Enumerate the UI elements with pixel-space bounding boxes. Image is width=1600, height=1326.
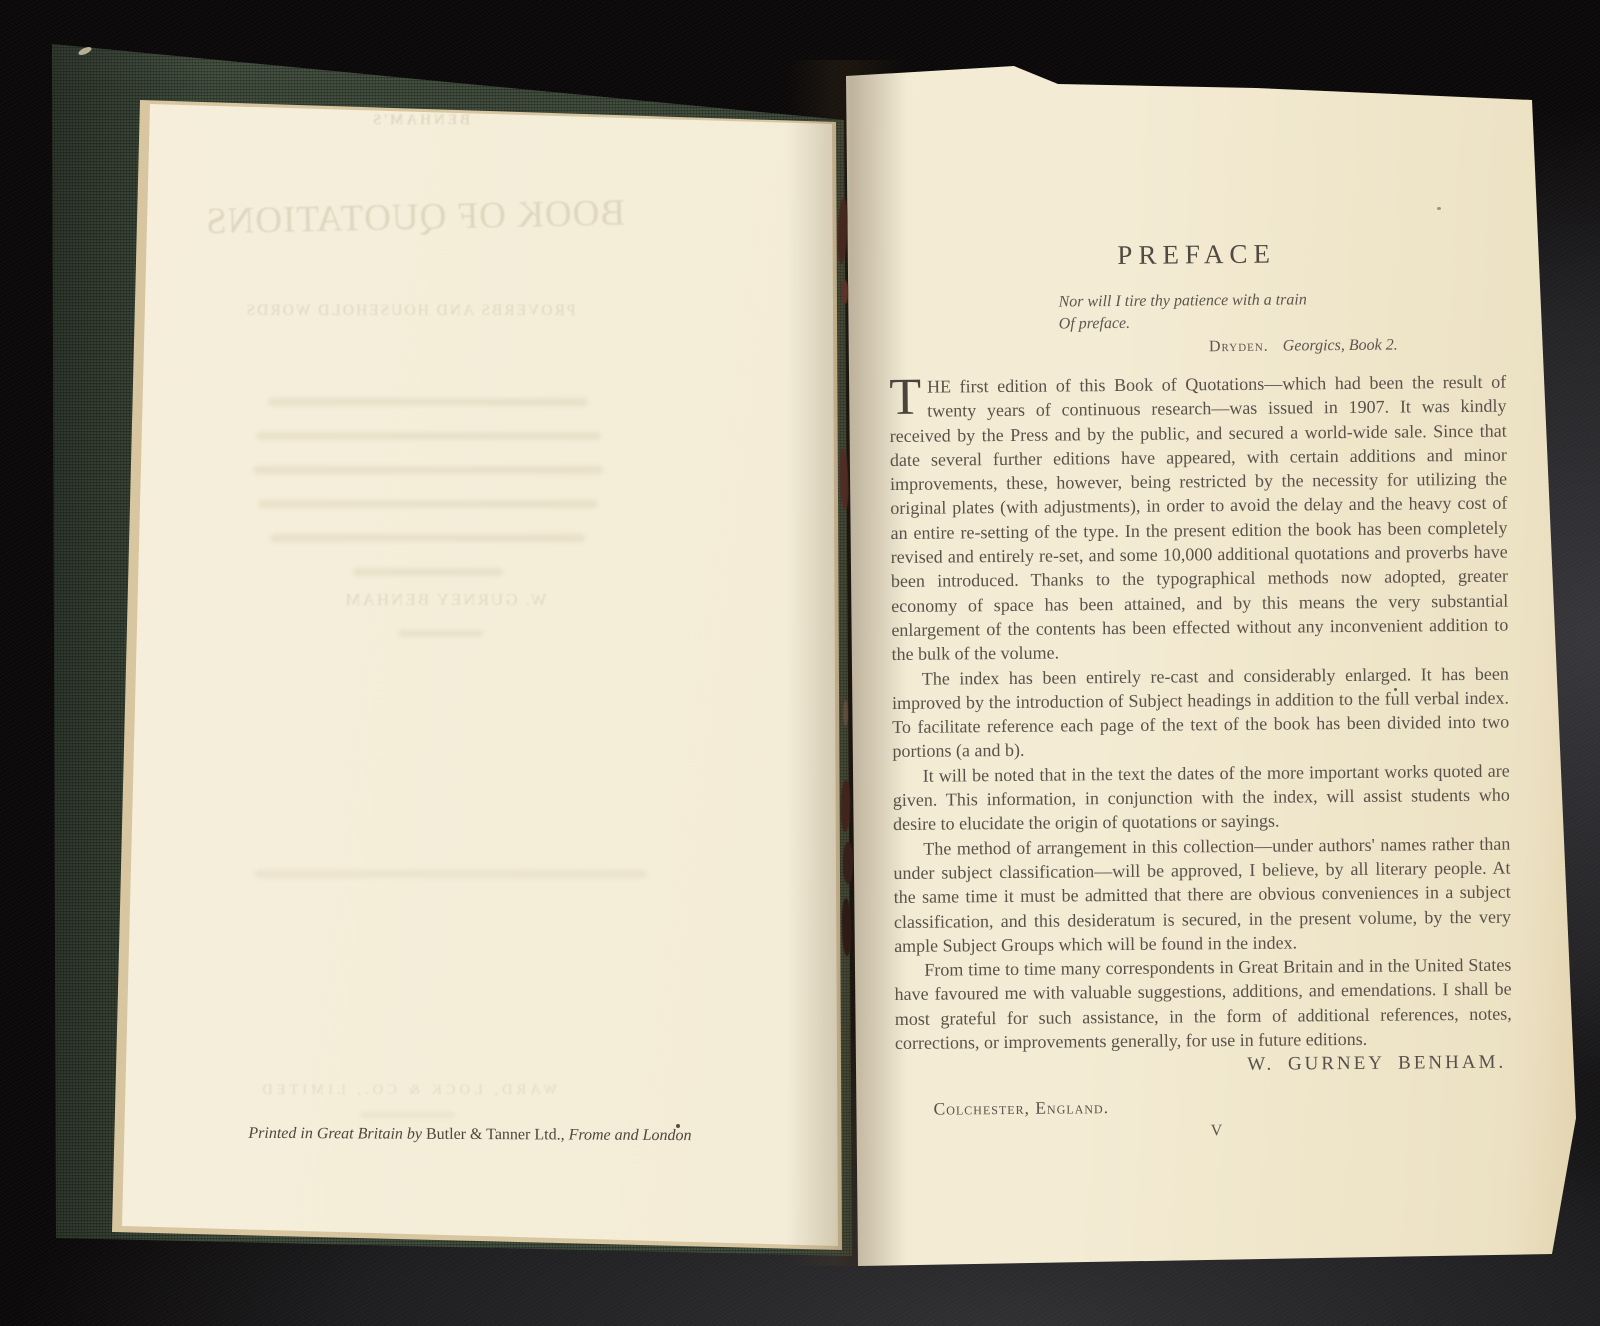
- paragraph-1-text: HE first edition of this Book of Quotati…: [890, 372, 1509, 665]
- book-photo: BENHAM'S BOOK OF QUOTATIONS PROVERBS AND…: [0, 0, 1600, 1326]
- paragraph-3: It will be noted that in the text the da…: [893, 758, 1511, 836]
- ghost-blurb-line: [256, 432, 601, 440]
- ghost-blurb-line: [270, 534, 585, 542]
- gutter-shadow: [786, 60, 908, 1266]
- ghost-series-title: BENHAM'S: [280, 112, 560, 129]
- paper-speck: [1437, 207, 1441, 210]
- ghost-author-subline: [398, 630, 483, 637]
- paper-speck: [1394, 688, 1397, 691]
- place-line: Colchester, England.: [933, 1097, 1109, 1120]
- imprint-italic-lead: Printed in Great Britain by: [248, 1125, 426, 1143]
- page-number: V: [1211, 1122, 1223, 1140]
- page-footer: Colchester, England. V: [895, 1094, 1512, 1145]
- ghost-publisher: WARD, LOCK & CO., LIMITED: [230, 1082, 585, 1099]
- printer-imprint: Printed in Great Britain by Butler & Tan…: [245, 1125, 695, 1145]
- preface-text-block: PREFACE Nor will I tire thy patience wit…: [888, 237, 1513, 1146]
- torn-page-stub: [843, 700, 848, 726]
- epigraph-work: Georgics, Book 2.: [1283, 337, 1398, 355]
- paragraph-1: THE first edition of this Book of Quotat…: [889, 370, 1509, 667]
- ghost-author: W. GURNEY BENHAM: [320, 590, 570, 610]
- drop-cap: T: [889, 375, 927, 419]
- ghost-blurb-line: [353, 568, 503, 576]
- torn-page-stub: [841, 280, 848, 304]
- epigraph: Nor will I tire thy patience with a trai…: [1058, 288, 1505, 336]
- author-signature: W. GURNEY BENHAM.: [895, 1052, 1512, 1079]
- ghost-mid-line: [255, 870, 647, 878]
- imprint-italic-tail: Frome and London: [565, 1126, 692, 1144]
- ghost-blurb-line: [258, 500, 598, 508]
- imprint-printer-name: Butler & Tanner Ltd.,: [426, 1126, 565, 1144]
- ghost-publisher-subline: [360, 1112, 455, 1118]
- ghost-blurb-line: [268, 398, 588, 406]
- paragraph-5: From time to time many correspondents in…: [894, 953, 1512, 1056]
- epigraph-author: Dryden.: [1209, 338, 1269, 356]
- ghost-blurb-line: [253, 466, 603, 474]
- torn-page-stub: [843, 842, 853, 884]
- page-title: PREFACE: [888, 237, 1505, 273]
- paragraph-4: The method of arrangement in this collec…: [893, 831, 1511, 958]
- paper-speck: [676, 1124, 680, 1128]
- epigraph-line-2: Of preface.: [1059, 310, 1506, 336]
- paragraph-2: The index has been entirely re-cast and …: [892, 661, 1510, 764]
- epigraph-attribution: Dryden.Georgics, Book 2.: [1209, 336, 1506, 357]
- ghost-subtitle: PROVERBS AND HOUSEHOLD WORDS: [210, 302, 610, 320]
